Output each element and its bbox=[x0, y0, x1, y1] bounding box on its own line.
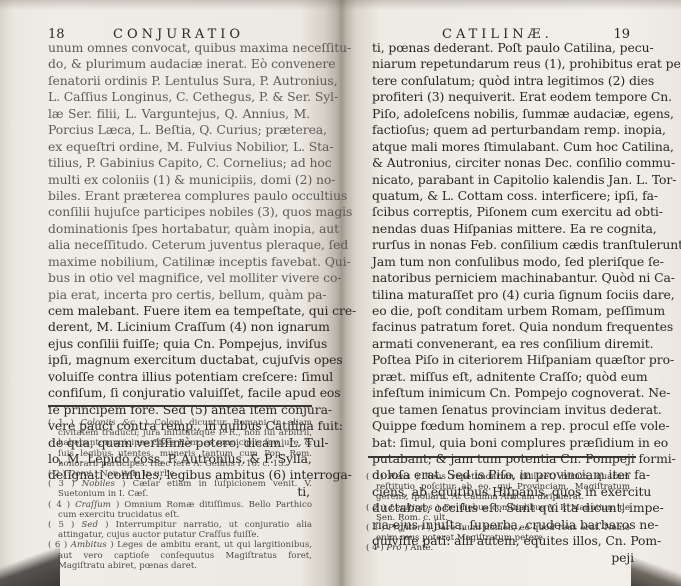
text-line: unum omnes convocat, quibus maxima neceſ… bbox=[48, 40, 310, 56]
text-line: ſenatorii ordinis P. Lentulus Sura, P. A… bbox=[48, 73, 310, 89]
text-line: nicato, parabant in Capitolio kalendis J… bbox=[372, 172, 634, 188]
text-line: pia erat, incerta pro certis, bellum, qu… bbox=[48, 287, 310, 303]
text-line: læ Ser. filii, L. Varguntejus, Q. Annius… bbox=[48, 106, 310, 122]
footnote: ( 6 ) Ambitus ) Leges de ambitu erant, u… bbox=[48, 540, 312, 571]
text-line: derent, M. Licinium Craſſum (4) non igna… bbox=[48, 319, 310, 335]
footnote-rule bbox=[368, 456, 636, 458]
footnotes: ( 1 ) Coloniis &c. ) Coloni dicuntur Rom… bbox=[48, 418, 312, 571]
text-line: biles. Erant præterea complures paulo oc… bbox=[48, 188, 310, 204]
text-line: tere conſulatum; quòd intra legitimos (2… bbox=[372, 73, 634, 89]
text-line: multi ex coloniis (1) & municipiis, domi… bbox=[48, 172, 310, 188]
footnote: ( 4 ) Craſſum ) Omnium Romæ ditiſſimus. … bbox=[48, 500, 312, 520]
text-line: ex equeſtri ordine, M. Fulvius Nobilior,… bbox=[48, 139, 310, 155]
text-line: putabant; & jam tum potentia Cn. Pompeji… bbox=[372, 451, 634, 467]
text-line: Piſo, adoleſcens nobilis, ſummæ audaciæ,… bbox=[372, 106, 634, 122]
text-line: nendas duas Hiſpanias mittere. Ea re cog… bbox=[372, 221, 634, 237]
footnote: ( 1) Reus ) Reus repetundarum (ſcilicet)… bbox=[366, 472, 630, 503]
text-line: factioſus; quem ad perturbandam remp. in… bbox=[372, 122, 634, 138]
text-line: rurſus in nonas Feb. conſilium cædis tra… bbox=[372, 237, 634, 253]
text-line: Porcius Læca, L. Beſtia, Q. Curius; præt… bbox=[48, 122, 310, 138]
text-line: atque mali mores ſtimulabant. Cum hoc Ca… bbox=[372, 139, 634, 155]
text-line: eo die, poſt conditam urbem Romam, peſſi… bbox=[372, 303, 634, 319]
text-line: confiſum, ſi conjuratio valuiſſet, facil… bbox=[48, 385, 310, 401]
text-line: bat: ſimul, quia boni complures præſidiu… bbox=[372, 435, 634, 451]
footnotes: ( 1) Reus ) Reus repetundarum (ſcilicet)… bbox=[366, 472, 630, 554]
page-corner-curl-right bbox=[631, 548, 681, 586]
footnote: ( 1 ) Coloniis &c. ) Coloni dicuntur Rom… bbox=[48, 418, 312, 469]
text-line: quatum, & L. Cottam coss. interficere; i… bbox=[372, 188, 634, 204]
text-line: dominationis ſpes hortabatur, quàm inopi… bbox=[48, 221, 310, 237]
text-line: que tamen ſenatus provinciam invitus ded… bbox=[372, 402, 634, 418]
text-line: ſcibus correptis, Piſonem cum exercitu a… bbox=[372, 204, 634, 220]
footnote: ( 2 ) Domi ) Non item in urbe. bbox=[48, 469, 312, 479]
text-line: do, & plurimum audaciæ inerat. Eò conven… bbox=[48, 56, 310, 72]
text-line: ipſi, magnum exercitum ductabat, cujuſvi… bbox=[48, 352, 310, 368]
text-line: niarum repetundarum reus (1), prohibitus… bbox=[372, 56, 634, 72]
text-line: L. Caſſius Longinus, C. Cethegus, P. & S… bbox=[48, 89, 310, 105]
footnote: ( 4 ) Pro ) Ante. bbox=[366, 543, 630, 553]
text-line: maxime nobilium, Catilinæ inceptis faveb… bbox=[48, 254, 310, 270]
text-line: Poſtea Piſo in citeriorem Hiſpaniam quæſ… bbox=[372, 352, 634, 368]
text-line: facinus patratum foret. Quia nondum freq… bbox=[372, 319, 634, 335]
text-line: bus in otio vel magnifice, vel molliter … bbox=[48, 270, 310, 286]
text-line: armati convenerant, ea res conſilium dir… bbox=[372, 336, 634, 352]
text-line: alia neceſſitudo. Ceterum juventus plera… bbox=[48, 237, 310, 253]
text-line: præt. miſſus eſt, adnitente Craſſo; quòd… bbox=[372, 369, 634, 385]
text-line: tilina maturaſſet pro (4) curia ſignum ſ… bbox=[372, 287, 634, 303]
text-line: tilius, P. Gabinius Capito, C. Cornelius… bbox=[48, 155, 310, 171]
text-line: ti, pœnas dederant. Poſt paulo Catilina,… bbox=[372, 40, 634, 56]
footnote: ( 3 ) Profiteri ) Dare ſuum nomen, eo qu… bbox=[366, 523, 630, 543]
text-line: ejus conſilii fuiſſe; quia Cn. Pompejus,… bbox=[48, 336, 310, 352]
text-line: profiteri (3) nequiverit. Erat eodem tem… bbox=[372, 89, 634, 105]
text-line: Jam tum non conſulibus modo, ſed pleriſq… bbox=[372, 254, 634, 270]
text-line: conſilii hujuſce participes nobiles (3),… bbox=[48, 204, 310, 220]
footnote: ( 2 ) Legitimos ) De diebus comitialibus… bbox=[366, 503, 630, 523]
text-line: infeſtum inimicum Cn. Pompejo cognoverat… bbox=[372, 385, 634, 401]
text-line: cem malebant. Fuere item ea tempeſtate, … bbox=[48, 303, 310, 319]
text-line: natoribus perniciem machinabantur. Quòd … bbox=[372, 270, 634, 286]
footnote: ( 5 ) Sed ) Interrumpitur narratio, ut c… bbox=[48, 520, 312, 540]
text-line: & Autronius, circiter nonas Dec. conſili… bbox=[372, 155, 634, 171]
text-line: voluiſſe contra illius potentiam creſcer… bbox=[48, 369, 310, 385]
text-line: Quippe fœdum hominem a rep. procul eſſe … bbox=[372, 418, 634, 434]
footnote: ( 3 ) Nobiles ) Cæſar etiam in ſuſpicion… bbox=[48, 479, 312, 499]
footnote-rule bbox=[48, 405, 312, 407]
